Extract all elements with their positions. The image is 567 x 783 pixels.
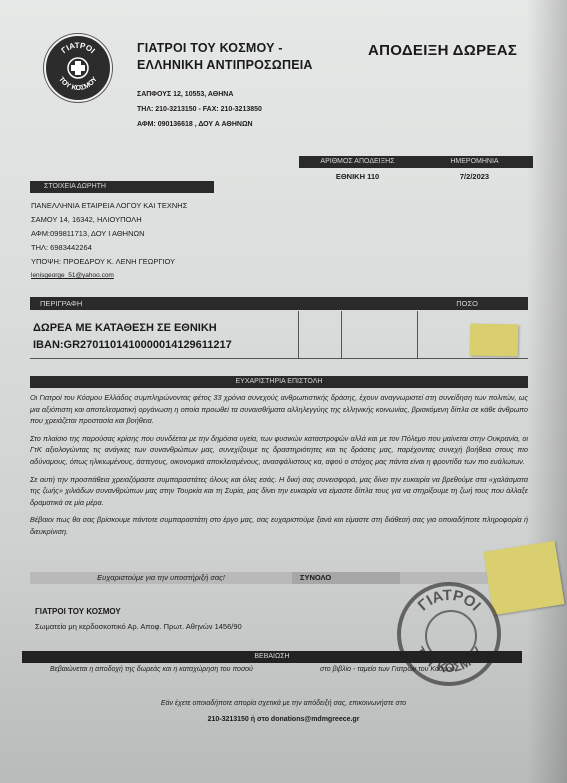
footer-registration: Σωματείο μη κερδοσκοπικό Αρ. Αποφ. Πρωτ.… <box>35 622 242 631</box>
org-name-line2: ΕΛΛΗΝΙΚΗ ΑΝΤΙΠΡΟΣΩΠΕΙΑ <box>137 57 313 74</box>
org-name-line1: ΓΙΑΤΡΟΙ ΤΟΥ ΚΟΣΜΟΥ - <box>137 40 313 57</box>
description-text: ΔΩΡΕΑ ΜΕ ΚΑΤΑΘΕΣΗ ΣΕ ΕΘΝΙΚΗ IBAN:GR27011… <box>33 320 232 354</box>
confirmation-text: Βεβαιώνεται η αποδοχή της δωρεάς και η κ… <box>50 666 253 673</box>
column-divider <box>341 311 342 358</box>
totals-row: Ευχαριστούμε για την υποστήριξή σας! ΣΥΝ… <box>30 572 498 584</box>
contact-info-line1: Εάν έχετε οποιαδήποτε απορία σχετικά με … <box>0 700 567 707</box>
organization-name: ΓΙΑΤΡΟΙ ΤΟΥ ΚΟΣΜΟΥ - ΕΛΛΗΝΙΚΗ ΑΝΤΙΠΡΟΣΩΠ… <box>137 40 313 74</box>
letter-paragraph: Βέβαιοι πως θα σας βρίσκουμε πάντοτε συμ… <box>30 514 528 537</box>
receipt-meta-header: ΑΡΙΘΜΟΣ ΑΠΟΔΕΙΞΗΣ ΗΜΕΡΟΜΗΝΙΑ <box>299 156 533 168</box>
description-line1: ΔΩΡΕΑ ΜΕ ΚΑΤΑΘΕΣΗ ΣΕ ΕΘΝΙΚΗ <box>33 320 232 337</box>
confirmation-header: ΒΕΒΑΙΩΣΗ <box>22 651 522 663</box>
receipt-date-label: ΗΜΕΡΟΜΗΝΙΑ <box>416 156 533 168</box>
donor-name: ΠΑΝΕΛΛΗΝΙΑ ΕΤΑΙΡΕΙΑ ΛΟΓΟΥ ΚΑΙ ΤΕΧΝΗΣ <box>31 199 187 213</box>
confirmation-text-continued: στο βιβλίο - ταμείο των Γιατρών του Κόσμ… <box>320 666 457 673</box>
description-table: ΔΩΡΕΑ ΜΕ ΚΑΤΑΘΕΣΗ ΣΕ ΕΘΝΙΚΗ IBAN:GR27011… <box>30 311 528 359</box>
receipt-date: 7/2/2023 <box>416 172 533 181</box>
description-header: ΠΕΡΙΓΡΑΦΗ ΠΟΣΟ <box>30 297 528 310</box>
footer-org-name: ΓΙΑΤΡΟΙ ΤΟΥ ΚΟΣΜΟΥ <box>35 607 121 616</box>
letter-paragraph: Οι Γιατροί του Κόσμου Ελλάδος συμπληρώνο… <box>30 392 528 427</box>
letter-header: ΕΥΧΑΡΙΣΤΗΡΙΑ ΕΠΙΣΤΟΛΗ <box>30 376 528 388</box>
donor-attention: ΥΠΟΨΗ: ΠΡΟΕΔΡΟΥ Κ. ΛΕΝΗ ΓΕΩΡΓΙΟΥ <box>31 255 187 269</box>
thank-you-letter: Οι Γιατροί του Κόσμου Ελλάδος συμπληρώνο… <box>30 392 528 544</box>
document-title: ΑΠΟΔΕΙΞΗ ΔΩΡΕΑΣ <box>368 42 517 59</box>
column-divider <box>298 311 299 358</box>
total-label: ΣΥΝΟΛΟ <box>292 572 400 584</box>
donor-email[interactable]: lenisgeorge_51@yahoo.com <box>31 269 187 283</box>
svg-text:ΓΙΑΤΡΟΙ: ΓΙΑΤΡΟΙ <box>60 41 97 55</box>
medical-cross-icon: ΓΙΑΤΡΟΙ ΤΟΥ ΚΟΣΜΟΥ <box>46 36 110 100</box>
org-tax-id: ΑΦΜ: 090136618 , ΔΟΥ Α ΑΘΗΝΩΝ <box>137 121 253 128</box>
letter-paragraph: Στο πλαίσιο της παρούσας κρίσης που συνδ… <box>30 433 528 468</box>
paper-shadow <box>527 0 567 783</box>
organization-logo: ΓΙΑΤΡΟΙ ΤΟΥ ΚΟΣΜΟΥ <box>44 34 112 102</box>
letter-paragraph: Σε αυτή την προσπάθεια χρειαζόμαστε συμπ… <box>30 474 528 509</box>
contact-info-line2[interactable]: 210-3213150 ή στο donations@mdmgreece.gr <box>0 716 567 723</box>
thanks-message: Ευχαριστούμε για την υποστήριξή σας! <box>30 572 292 584</box>
receipt-meta-values: ΕΘΝΙΚΗ 110 7/2/2023 <box>299 172 533 181</box>
column-divider <box>417 311 418 358</box>
amount-label: ΠΟΣΟ <box>456 297 478 310</box>
org-address: ΣΑΠΦΟΥΣ 12, 10553, ΑΘΗΝΑ <box>137 91 233 98</box>
description-label: ΠΕΡΙΓΡΑΦΗ <box>40 297 82 310</box>
receipt-number: ΕΘΝΙΚΗ 110 <box>299 172 416 181</box>
org-phone-fax: ΤΗΛ: 210-3213150 - FAX: 210-3213850 <box>137 106 262 113</box>
donor-phone: ΤΗΛ: 6983442264 <box>31 241 187 255</box>
donor-details: ΠΑΝΕΛΛΗΝΙΑ ΕΤΑΙΡΕΙΑ ΛΟΓΟΥ ΚΑΙ ΤΕΧΝΗΣ ΣΑΜ… <box>31 199 187 283</box>
receipt-number-label: ΑΡΙΘΜΟΣ ΑΠΟΔΕΙΞΗΣ <box>299 156 416 168</box>
description-iban: IBAN:GR2701101410000014129611217 <box>33 337 232 354</box>
donor-section-header: ΣΤΟΙΧΕΙΑ ΔΩΡΗΤΗ <box>30 181 214 193</box>
donor-tax-id: ΑΦΜ:099811713, ΔΟΥ Ι ΑΘΗΝΩΝ <box>31 227 187 241</box>
sticky-note-amount <box>470 324 519 357</box>
donor-address: ΣΑΜΟΥ 14, 16342, ΗΛΙΟΥΠΟΛΗ <box>31 213 187 227</box>
